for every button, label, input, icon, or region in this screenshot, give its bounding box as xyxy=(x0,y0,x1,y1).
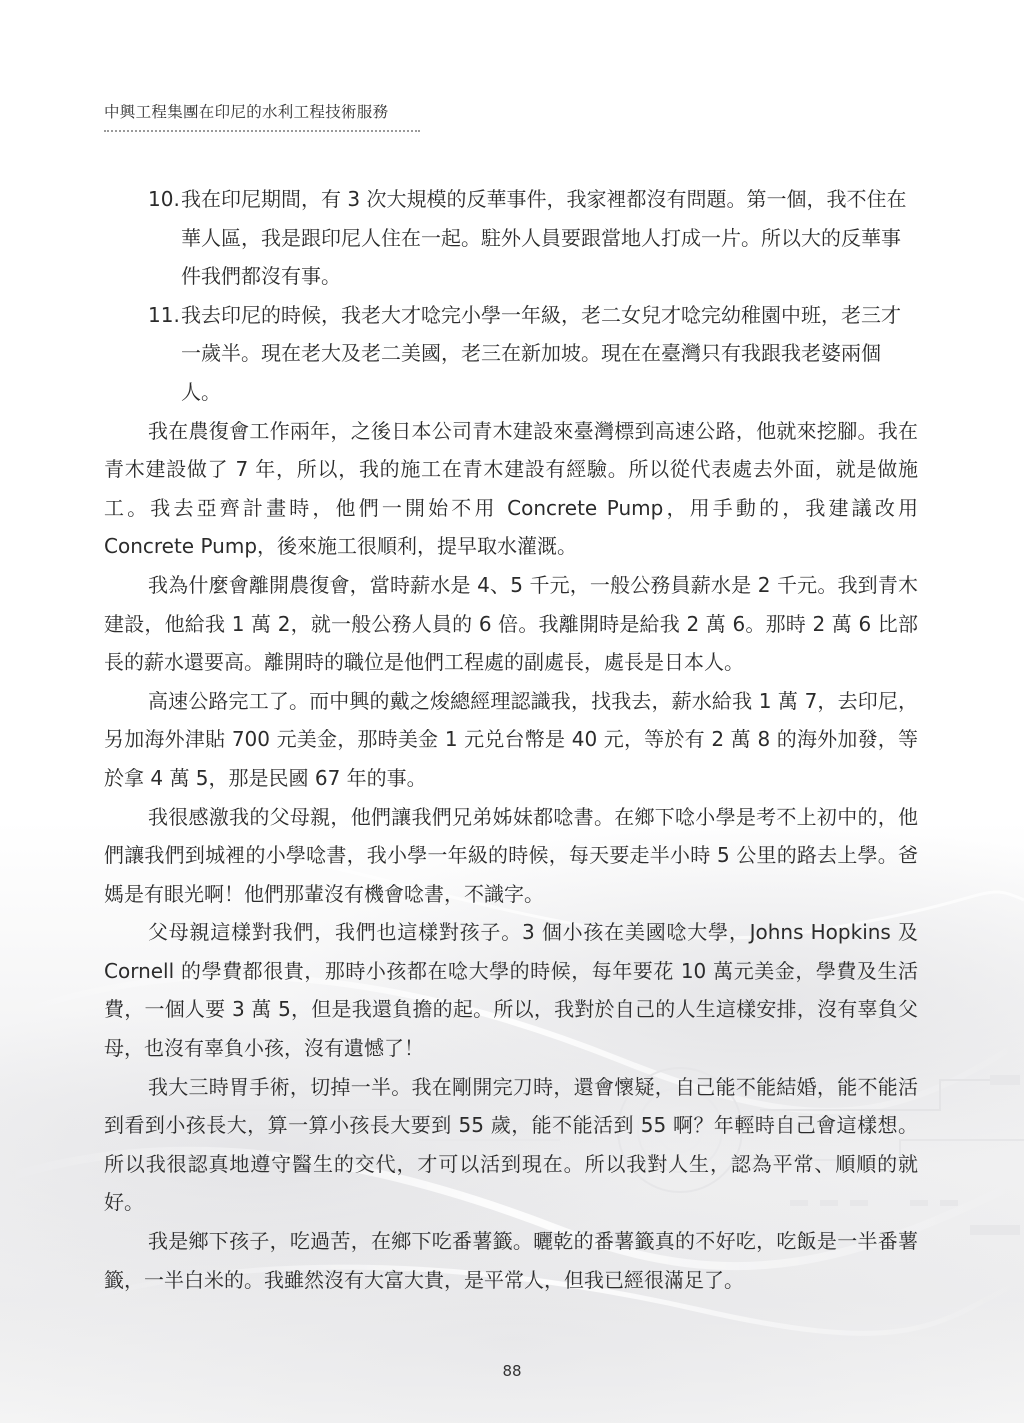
running-header-title: 中興工程集團在印尼的水利工程技術服務 xyxy=(104,100,420,122)
list-item-number: 10. xyxy=(148,180,180,219)
list-item-number: 11. xyxy=(148,296,180,335)
running-header: 中興工程集團在印尼的水利工程技術服務 xyxy=(104,100,420,132)
paragraph: 父母親這樣對我們，我們也這樣對孩子。3 個小孩在美國唸大學，Johns Hopk… xyxy=(104,913,918,1067)
body-text: 10. 我在印尼期間，有 3 次大規模的反華事件，我家裡都沒有問題。第一個，我不… xyxy=(104,180,918,1299)
paragraph: 我大三時胃手術，切掉一半。我在剛開完刀時，還會懷疑，自己能不能結婚，能不能活到看… xyxy=(104,1068,918,1222)
paragraph: 我為什麼會離開農復會，當時薪水是 4、5 千元，一般公務員薪水是 2 千元。我到… xyxy=(104,566,918,682)
page-number: 88 xyxy=(0,1362,1024,1380)
header-dotted-rule xyxy=(104,130,420,132)
list-item-text: 我在印尼期間，有 3 次大規模的反華事件，我家裡都沒有問題。第一個，我不住在華人… xyxy=(181,187,906,288)
paragraph: 我是鄉下孩子，吃過苦，在鄉下吃番薯籤。曬乾的番薯籤真的不好吃，吃飯是一半番薯籤，… xyxy=(104,1222,918,1299)
paragraph: 我很感激我的父母親，他們讓我們兄弟姊妹都唸書。在鄉下唸小學是考不上初中的，他們讓… xyxy=(104,798,918,914)
numbered-list-item: 10. 我在印尼期間，有 3 次大規模的反華事件，我家裡都沒有問題。第一個，我不… xyxy=(104,180,918,296)
paragraph: 高速公路完工了。而中興的戴之焌總經理認識我，找我去，薪水給我 1 萬 7，去印尼… xyxy=(104,682,918,798)
list-item-text: 我去印尼的時候，我老大才唸完小學一年級，老二女兒才唸完幼稚園中班，老三才一歲半。… xyxy=(181,303,901,404)
paragraph: 我在農復會工作兩年，之後日本公司青木建設來臺灣標到高速公路，他就來挖腳。我在青木… xyxy=(104,412,918,566)
numbered-list-item: 11. 我去印尼的時候，我老大才唸完小學一年級，老二女兒才唸完幼稚園中班，老三才… xyxy=(104,296,918,412)
